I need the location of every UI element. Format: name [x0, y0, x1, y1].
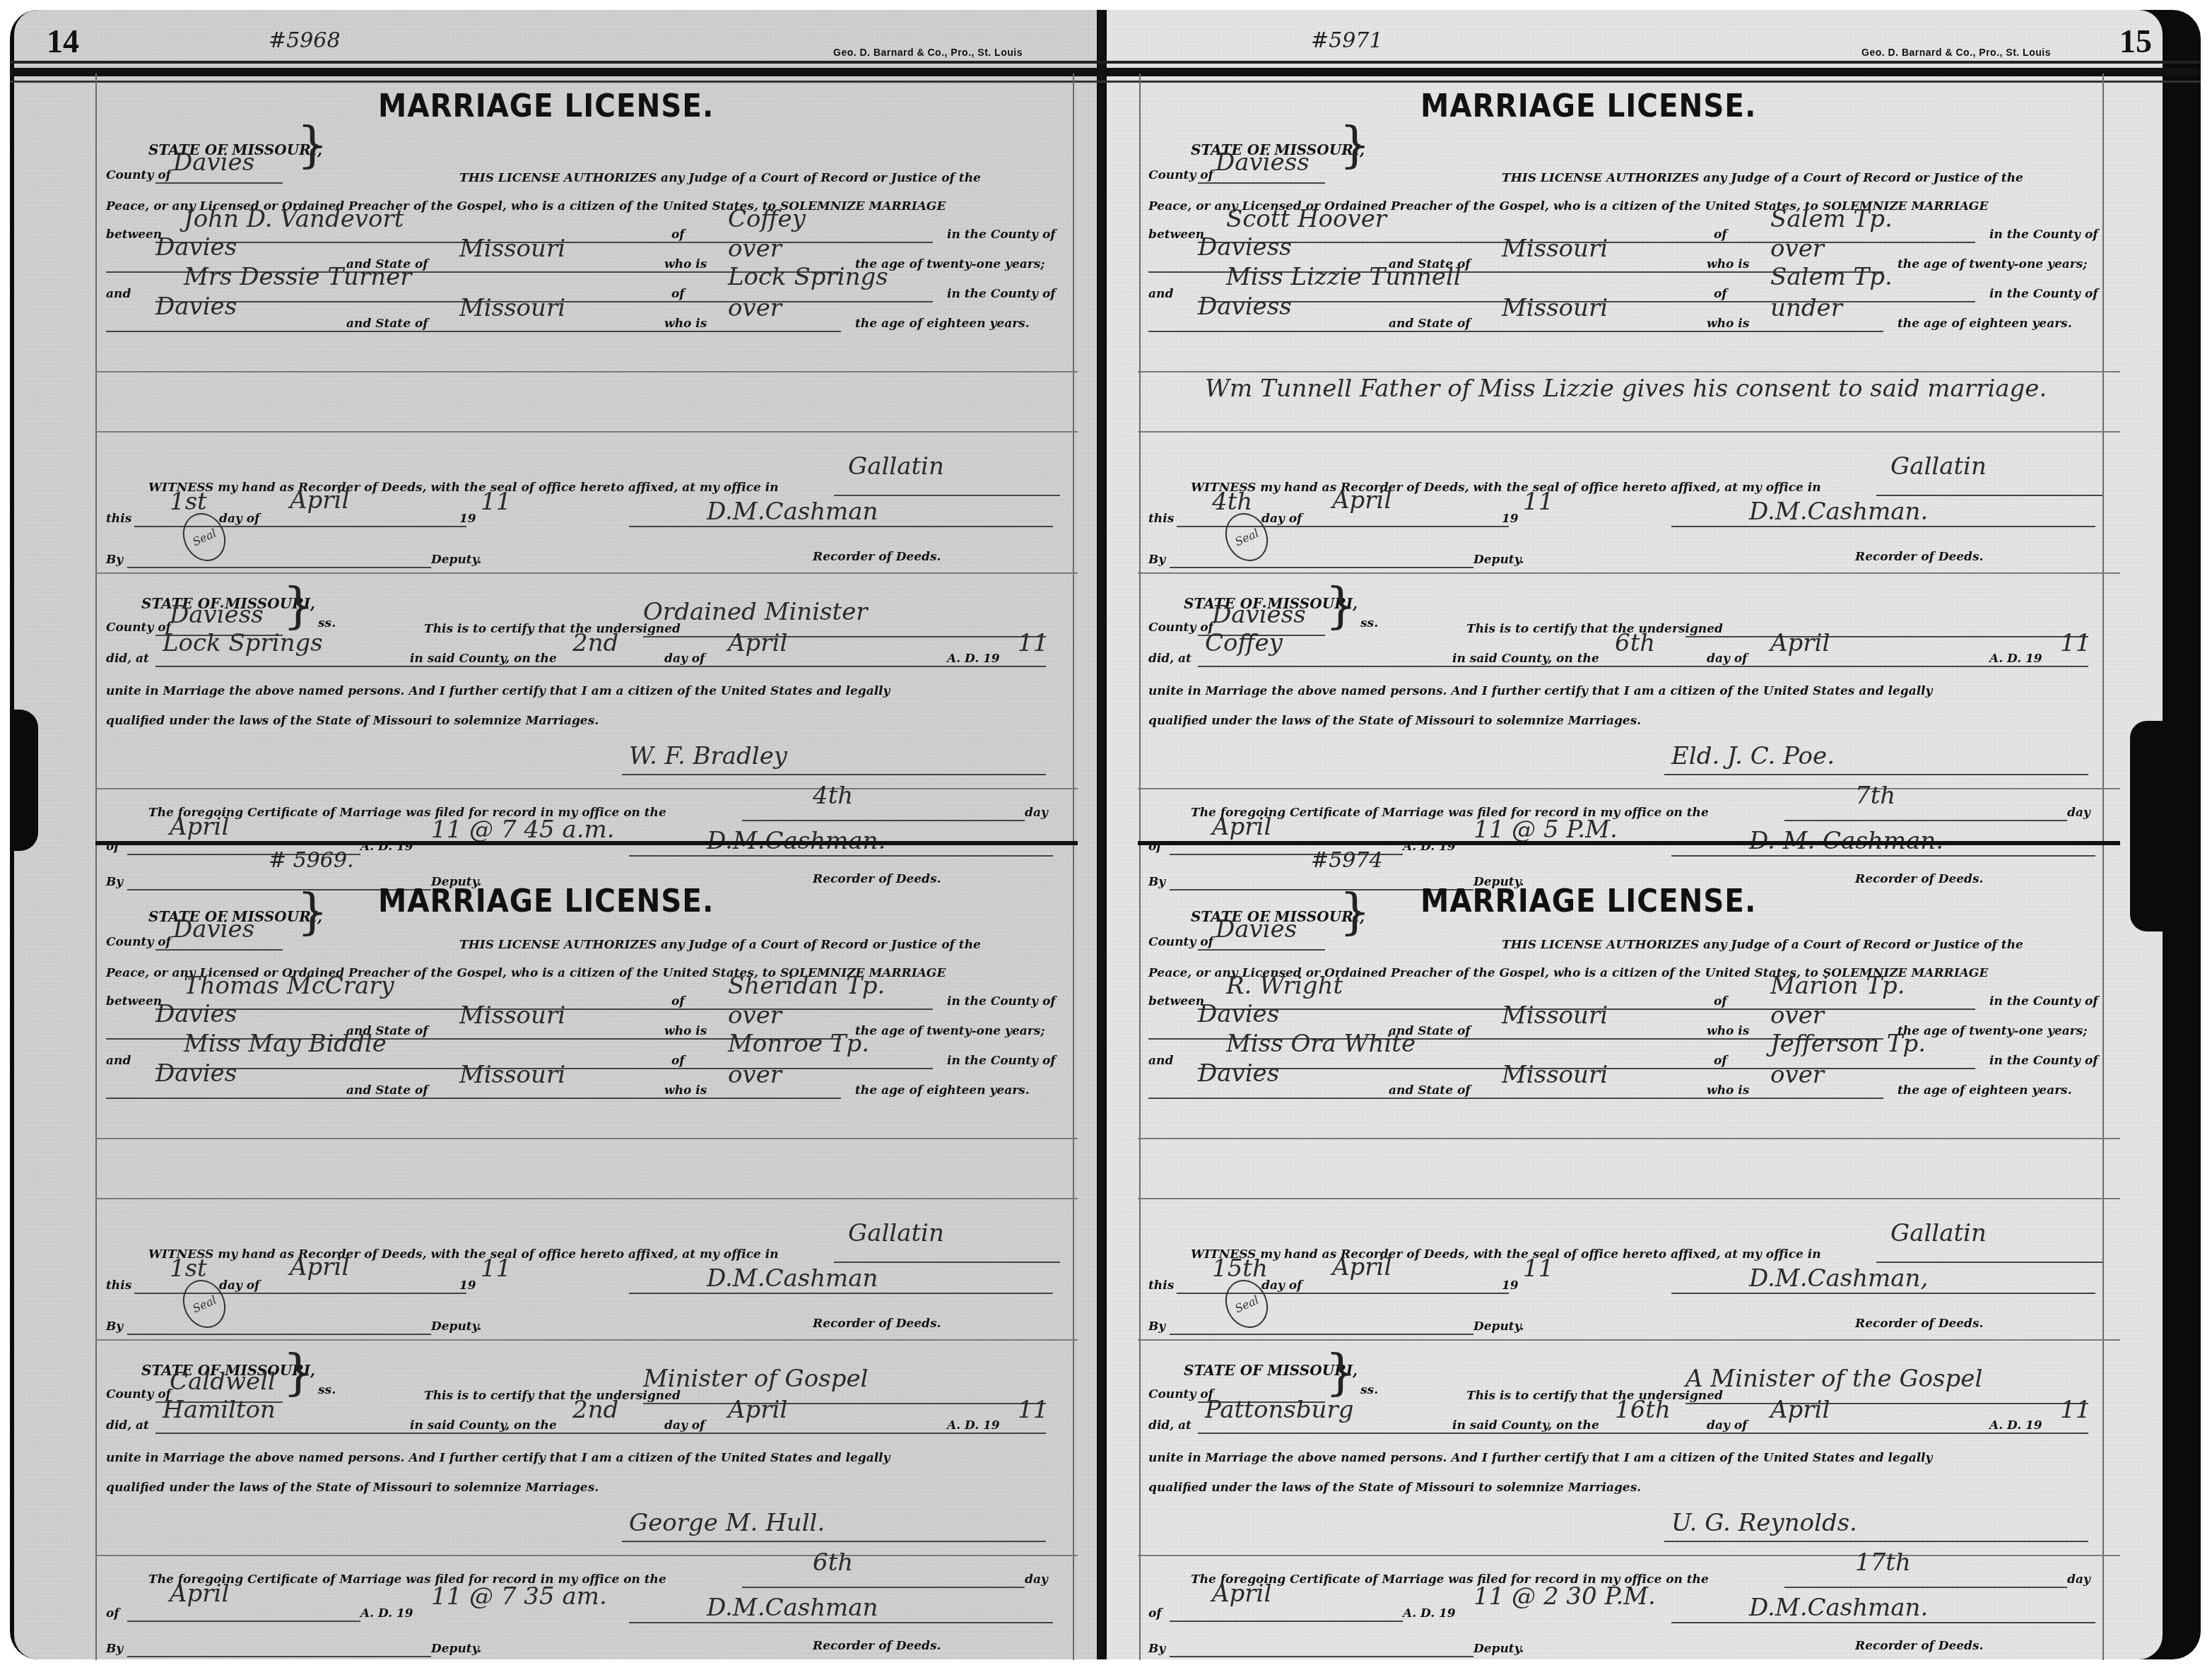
did-at-label: did, at	[106, 1418, 149, 1433]
ceremony-day: 6th	[1615, 629, 1655, 657]
fill-line	[1198, 182, 1325, 184]
filed-day: 7th	[1855, 782, 1895, 810]
of-label: of	[1148, 1606, 1162, 1621]
bride-name: Miss May Biddle	[184, 1030, 387, 1058]
fill-line	[1198, 1433, 2088, 1434]
license-title: MARRIAGE LICENSE.	[1420, 88, 1756, 124]
ceremony-place: Coffey	[1205, 629, 1283, 657]
bride-age: over	[728, 1061, 782, 1089]
groom-age: over	[1770, 235, 1824, 263]
by-label: By	[106, 553, 123, 567]
bride-residence: Salem Tp.	[1770, 263, 1893, 291]
day-label: day	[1025, 806, 1048, 820]
groom-state: Missouri	[1502, 1001, 1608, 1030]
filed-month: April	[170, 813, 229, 841]
filed-day: 17th	[1855, 1548, 1911, 1577]
bride-name: Miss Lizzie Tunnell	[1226, 263, 1461, 291]
fill-line	[1170, 1621, 1403, 1622]
publisher-imprint-right: Geo. D. Barnard & Co., Pro., St. Louis	[1861, 47, 2051, 58]
bride-age: over	[1770, 1061, 1824, 1089]
deputy-label: Deputy.	[431, 1642, 482, 1656]
fill-line	[1198, 949, 1325, 951]
margin-line	[2102, 73, 2104, 1660]
filed-recorder-signature: D.M.Cashman	[707, 1594, 878, 1622]
brace: }	[297, 120, 329, 170]
said-county-label: in said County, on the	[1452, 1418, 1599, 1433]
and-label: and	[106, 287, 131, 301]
did-at-label: did, at	[106, 652, 149, 666]
brace: }	[1325, 1348, 1357, 1397]
witness-text: WITNESS my hand as Recorder of Deeds, wi…	[148, 481, 779, 495]
bride-state: Missouri	[459, 1061, 565, 1089]
brace: }	[1339, 120, 1371, 170]
bride-age: over	[728, 294, 782, 322]
section-divider	[95, 1339, 1078, 1341]
license-bottom-rule	[1138, 841, 2120, 845]
header-rule-thick	[10, 68, 2201, 76]
signature-line	[622, 1541, 1046, 1542]
day-of-label: day of	[219, 1278, 259, 1293]
county-of-label: in the County of	[1989, 994, 2098, 1009]
recorder-label: Recorder of Deeds.	[1855, 872, 1984, 886]
fill-line	[106, 1098, 841, 1099]
section-divider	[95, 431, 1078, 433]
witness-month: April	[1332, 486, 1392, 514]
qualified-text: qualified under the laws of the State of…	[106, 714, 599, 728]
fill-line	[1170, 1656, 1473, 1657]
year-prefix: 19	[459, 512, 476, 526]
license-bottom-rule	[95, 841, 1078, 845]
recorder-signature: D.M.Cashman	[707, 498, 878, 526]
age-18-label: the age of eighteen years.	[1898, 1083, 2072, 1098]
fill-line	[1784, 820, 2067, 821]
section-divider	[1138, 572, 2120, 574]
authorizes-text: THIS LICENSE AUTHORIZES any Judge of a C…	[1502, 171, 2023, 185]
and-label: and	[1148, 287, 1173, 301]
who-is-label: who is	[1707, 1083, 1749, 1098]
signature-line	[1664, 1541, 2088, 1542]
authorizes-text: THIS LICENSE AUTHORIZES any Judge of a C…	[459, 171, 981, 185]
section-divider	[1138, 1339, 2120, 1341]
section-divider	[95, 371, 1078, 372]
bride-residence: Jefferson Tp.	[1770, 1030, 1926, 1058]
recorder-signature: D.M.Cashman.	[1749, 498, 1928, 526]
county-label: County of	[106, 168, 171, 182]
signature-line	[629, 1293, 1053, 1294]
county-of-label: in the County of	[947, 228, 1056, 242]
of-label: of	[671, 1054, 685, 1068]
authorizes-text: THIS LICENSE AUTHORIZES any Judge of a C…	[1502, 938, 2023, 952]
groom-name: R. Wright	[1226, 972, 1343, 1000]
groom-state: Missouri	[1502, 235, 1608, 263]
witness-place: Gallatin	[848, 1219, 944, 1247]
between-label: between	[106, 228, 162, 242]
fill-line	[1876, 1262, 2102, 1263]
day-of-label: day of	[219, 512, 259, 526]
state-of-label: and State of	[346, 317, 428, 331]
license-county: Davies	[1216, 915, 1297, 943]
section-divider	[1138, 1198, 2120, 1199]
unite-text: unite in Marriage the above named person…	[106, 684, 890, 698]
who-is-label: who is	[664, 1083, 707, 1098]
right-page-number: 15	[2119, 23, 2152, 60]
recorder-label: Recorder of Deeds.	[813, 550, 941, 564]
recorder-signature: D.M.Cashman	[707, 1264, 878, 1293]
of-label: of	[671, 994, 685, 1009]
year-prefix: 19	[1502, 1278, 1519, 1293]
county-label: County of	[106, 1387, 171, 1401]
fill-line	[1198, 666, 2088, 667]
ss-label: ss.	[318, 616, 336, 630]
groom-name: John D. Vandevort	[184, 205, 404, 233]
ceremony-year: 11	[2060, 1396, 2090, 1424]
license-title: MARRIAGE LICENSE.	[1420, 883, 1756, 919]
ceremony-year: 11	[1018, 1396, 1048, 1424]
bride-state: Missouri	[1502, 1061, 1608, 1089]
license-number: #5968	[269, 28, 340, 53]
section-divider	[95, 1555, 1078, 1556]
by-label: By	[1148, 1319, 1165, 1334]
said-county-label: in said County, on the	[410, 1418, 557, 1433]
fill-line	[1170, 567, 1473, 568]
fill-line	[127, 1656, 431, 1657]
age-21-label: the age of twenty-one years;	[855, 1024, 1045, 1038]
brace: }	[1325, 581, 1357, 630]
bride-county: Davies	[155, 1059, 237, 1088]
of-label: of	[671, 228, 685, 242]
who-is-label: who is	[664, 1024, 707, 1038]
groom-age: over	[1770, 1001, 1824, 1030]
age-18-label: the age of eighteen years.	[855, 1083, 1030, 1098]
ceremony-year: 11	[1018, 629, 1048, 657]
ceremony-month: April	[728, 1396, 787, 1424]
of-label: of	[106, 1606, 119, 1621]
witness-year: 11	[481, 1254, 511, 1283]
witness-day: 1st	[170, 1254, 207, 1283]
signature-line	[622, 774, 1046, 775]
ceremony-day: 16th	[1615, 1396, 1671, 1424]
qualified-text: qualified under the laws of the State of…	[1148, 1481, 1641, 1495]
margin-line	[95, 73, 97, 1660]
license-number: # 5969.	[269, 848, 354, 873]
signature-line	[629, 1622, 1053, 1623]
by-label: By	[106, 1319, 123, 1334]
county-of-label: in the County of	[1989, 1054, 2098, 1068]
officiant-signature: U. G. Reynolds.	[1671, 1509, 1857, 1537]
witness-year: 11	[1523, 488, 1553, 516]
who-is-label: who is	[1707, 317, 1749, 331]
who-is-label: who is	[664, 257, 707, 271]
fill-line	[1686, 1403, 2088, 1404]
ad-label: A. D. 19	[1989, 1418, 2042, 1433]
filed-year-time: 11 @ 7 35 am.	[431, 1582, 607, 1611]
certificate-county: Daviess	[1212, 601, 1306, 629]
fill-line	[742, 820, 1025, 821]
ad-label: A. D. 19	[947, 1418, 1000, 1433]
fill-line	[1148, 331, 1883, 332]
between-label: between	[106, 994, 162, 1009]
fill-line	[1686, 636, 2088, 637]
brace: }	[297, 887, 329, 936]
groom-name: Scott Hoover	[1226, 205, 1387, 233]
qualified-text: qualified under the laws of the State of…	[1148, 714, 1641, 728]
officiant-title: Ordained Minister	[643, 598, 868, 626]
left-page-tab	[10, 710, 38, 851]
officiant-signature: George M. Hull.	[629, 1509, 825, 1537]
said-county-label: in said County, on the	[1452, 652, 1599, 666]
county-of-label: in the County of	[1989, 228, 2098, 242]
witness-text: WITNESS my hand as Recorder of Deeds, wi…	[1191, 1247, 1821, 1262]
publisher-imprint-left: Geo. D. Barnard & Co., Pro., St. Louis	[833, 47, 1023, 58]
ad-label: A. D. 19	[947, 652, 1000, 666]
license-county: Davies	[173, 148, 254, 177]
fill-line	[155, 949, 283, 951]
fill-line	[106, 331, 841, 332]
day-of-label: day of	[1261, 512, 1302, 526]
margin-line	[1073, 73, 1074, 1660]
ceremony-day: 2nd	[572, 1396, 618, 1424]
fill-line	[127, 1334, 431, 1335]
left-page-number: 14	[47, 23, 79, 60]
witness-text: WITNESS my hand as Recorder of Deeds, wi…	[148, 1247, 779, 1262]
section-divider	[1138, 431, 2120, 433]
witness-place: Gallatin	[1890, 1219, 1987, 1247]
authorizes-text: THIS LICENSE AUTHORIZES any Judge of a C…	[459, 938, 981, 952]
groom-county: Daviess	[1198, 233, 1292, 261]
signature-line	[1671, 855, 2095, 857]
groom-residence: Coffey	[728, 205, 806, 233]
bride-county: Daviess	[1198, 293, 1292, 321]
day-label: day	[2067, 806, 2090, 820]
brace: }	[283, 581, 314, 630]
certificate-county: Daviess	[170, 601, 264, 629]
witness-year: 11	[481, 488, 511, 516]
filed-recorder-signature: D.M.Cashman.	[1749, 1594, 1928, 1622]
bride-residence: Monroe Tp.	[728, 1030, 869, 1058]
fill-line	[155, 666, 1046, 667]
filed-day: 6th	[813, 1548, 853, 1577]
section-divider	[95, 1198, 1078, 1199]
qualified-text: qualified under the laws of the State of…	[106, 1481, 599, 1495]
unite-text: unite in Marriage the above named person…	[1148, 684, 1932, 698]
county-of-label: in the County of	[947, 287, 1056, 301]
certify-text: This is to certify that the undersigned	[424, 622, 681, 636]
who-is-label: who is	[664, 317, 707, 331]
county-label: County of	[1148, 621, 1213, 635]
who-is-label: who is	[1707, 1024, 1749, 1038]
between-label: between	[1148, 228, 1204, 242]
ss-label: ss.	[318, 1383, 336, 1397]
county-label: County of	[1148, 168, 1213, 182]
this-label: this	[1148, 1278, 1174, 1293]
state-of-label: and State of	[346, 1083, 428, 1098]
ad-label: A. D. 19	[1403, 1606, 1456, 1621]
year-prefix: 19	[459, 1278, 476, 1293]
book-spine	[1098, 10, 1105, 1659]
state-of-label: and State of	[1389, 1083, 1471, 1098]
recorder-label: Recorder of Deeds.	[1855, 1639, 1984, 1653]
officiant-title: Minister of Gospel	[643, 1365, 868, 1393]
fill-line	[834, 495, 1060, 496]
bride-age: under	[1770, 294, 1842, 322]
witness-place: Gallatin	[1890, 452, 1987, 481]
of-label: of	[1714, 994, 1727, 1009]
day-label: day	[2067, 1572, 2090, 1587]
license-county: Daviess	[1216, 148, 1310, 177]
fill-line	[643, 636, 1046, 637]
bride-name: Miss Ora White	[1226, 1030, 1416, 1058]
county-label: County of	[1148, 1387, 1213, 1401]
officiant-signature: W. F. Bradley	[629, 742, 787, 770]
section-divider	[95, 788, 1078, 789]
day-label: day	[1025, 1572, 1048, 1587]
signature-line	[629, 526, 1053, 527]
witness-month: April	[1332, 1253, 1392, 1281]
section-divider	[1138, 1138, 2120, 1139]
age-21-label: the age of twenty-one years;	[1898, 1024, 2088, 1038]
bride-county: Davies	[155, 293, 237, 321]
ceremony-place: Lock Springs	[163, 629, 323, 657]
filed-month: April	[1212, 1580, 1271, 1608]
witness-year: 11	[1523, 1254, 1553, 1283]
day-of-label: day of	[1707, 652, 1747, 666]
groom-residence: Sheridan Tp.	[728, 972, 885, 1000]
of-label: of	[1714, 228, 1727, 242]
recorder-label: Recorder of Deeds.	[813, 1317, 941, 1331]
recorder-label: Recorder of Deeds.	[1855, 550, 1984, 564]
by-label: By	[1148, 875, 1165, 889]
year-prefix: 19	[1502, 512, 1519, 526]
between-label: between	[1148, 994, 1204, 1009]
filed-year-time: 11 @ 7 45 a.m.	[431, 816, 615, 844]
filed-year-time: 11 @ 5 P.M.	[1473, 816, 1618, 844]
fill-line	[127, 1621, 360, 1622]
fill-line	[1784, 1587, 2067, 1588]
ceremony-month: April	[728, 629, 787, 657]
signature-line	[1664, 774, 2088, 775]
deputy-label: Deputy.	[1473, 553, 1524, 567]
fill-line	[1170, 1334, 1473, 1335]
signature-line	[1671, 1293, 2095, 1294]
witness-month: April	[290, 1253, 349, 1281]
certify-text: This is to certify that the undersigned	[1466, 1389, 1723, 1403]
fill-line	[643, 1403, 1046, 1404]
by-label: By	[1148, 553, 1165, 567]
filed-year-time: 11 @ 2 30 P.M.	[1473, 1582, 1656, 1611]
witness-day: 15th	[1212, 1254, 1268, 1283]
county-label: County of	[106, 935, 171, 949]
of-label: of	[671, 287, 685, 301]
filed-month: April	[170, 1580, 229, 1608]
age-18-label: the age of eighteen years.	[855, 317, 1030, 331]
ss-label: ss.	[1360, 616, 1378, 630]
county-label: County of	[106, 621, 171, 635]
day-of-label: day of	[664, 1418, 705, 1433]
age-21-label: the age of twenty-one years;	[1898, 257, 2088, 271]
state-of-label: and State of	[1389, 317, 1471, 331]
this-label: this	[106, 1278, 131, 1293]
deputy-label: Deputy.	[1473, 1642, 1524, 1656]
did-at-label: did, at	[1148, 652, 1192, 666]
officiant-signature: Eld. J. C. Poe.	[1671, 742, 1835, 770]
fill-line	[127, 567, 431, 568]
county-of-label: in the County of	[1989, 287, 2098, 301]
age-18-label: the age of eighteen years.	[1898, 317, 2072, 331]
groom-state: Missouri	[459, 235, 565, 263]
witness-day: 4th	[1212, 488, 1252, 516]
bride-residence: Lock Springs	[728, 263, 888, 291]
ad-label: A. D. 19	[1989, 652, 2042, 666]
fill-line	[834, 1262, 1060, 1263]
bride-state: Missouri	[1502, 294, 1608, 322]
bride-state: Missouri	[459, 294, 565, 322]
right-page-tab	[2130, 721, 2201, 931]
license-number: #5971	[1311, 28, 1382, 53]
fill-line	[1148, 1098, 1883, 1099]
groom-age: over	[728, 1001, 782, 1030]
unite-text: unite in Marriage the above named person…	[1148, 1451, 1932, 1465]
license-title: MARRIAGE LICENSE.	[378, 883, 714, 919]
county-label: County of	[1148, 935, 1213, 949]
did-at-label: did, at	[1148, 1418, 1192, 1433]
header-rule	[10, 81, 2201, 83]
certify-text: This is to certify that the undersigned	[424, 1389, 681, 1403]
and-label: and	[1148, 1054, 1173, 1068]
who-is-label: who is	[1707, 257, 1749, 271]
day-of-label: day of	[664, 652, 705, 666]
this-label: this	[106, 512, 131, 526]
recorder-label: Recorder of Deeds.	[1855, 1317, 1984, 1331]
recorder-signature: D.M.Cashman,	[1749, 1264, 1928, 1293]
brace: }	[283, 1348, 314, 1397]
bride-county: Davies	[1198, 1059, 1279, 1088]
witness-text: WITNESS my hand as Recorder of Deeds, wi…	[1191, 481, 1821, 495]
groom-name: Thomas McCrary	[184, 972, 394, 1000]
consent-note: Wm Tunnell Father of Miss Lizzie gives h…	[1205, 375, 2047, 403]
section-divider	[1138, 371, 2120, 372]
section-divider	[95, 572, 1078, 574]
ceremony-place: Pattonsburg	[1205, 1396, 1353, 1424]
and-label: and	[106, 1054, 131, 1068]
by-label: By	[106, 875, 123, 889]
signature-line	[1671, 526, 2095, 527]
groom-age: over	[728, 235, 782, 263]
witness-month: April	[290, 486, 349, 514]
ceremony-place: Hamilton	[163, 1396, 276, 1424]
of-label: of	[1714, 287, 1727, 301]
unite-text: unite in Marriage the above named person…	[106, 1451, 890, 1465]
header-rule	[10, 61, 2201, 64]
brace: }	[1339, 887, 1371, 936]
of-label: of	[1714, 1054, 1727, 1068]
county-of-label: in the County of	[947, 994, 1056, 1009]
fill-line	[742, 1587, 1025, 1588]
witness-place: Gallatin	[848, 452, 944, 481]
fill-line	[155, 182, 283, 184]
officiant-title: A Minister of the Gospel	[1686, 1365, 1982, 1393]
ceremony-month: April	[1770, 629, 1830, 657]
ss-label: ss.	[1360, 1383, 1378, 1397]
by-label: By	[106, 1642, 123, 1656]
recorder-label: Recorder of Deeds.	[813, 872, 941, 886]
license-number: #5974	[1311, 848, 1382, 873]
this-label: this	[1148, 512, 1174, 526]
signature-line	[1671, 1622, 2095, 1623]
section-divider	[1138, 788, 2120, 789]
groom-residence: Salem Tp.	[1770, 205, 1893, 233]
fill-line	[1876, 495, 2102, 496]
groom-county: Davies	[155, 233, 237, 261]
